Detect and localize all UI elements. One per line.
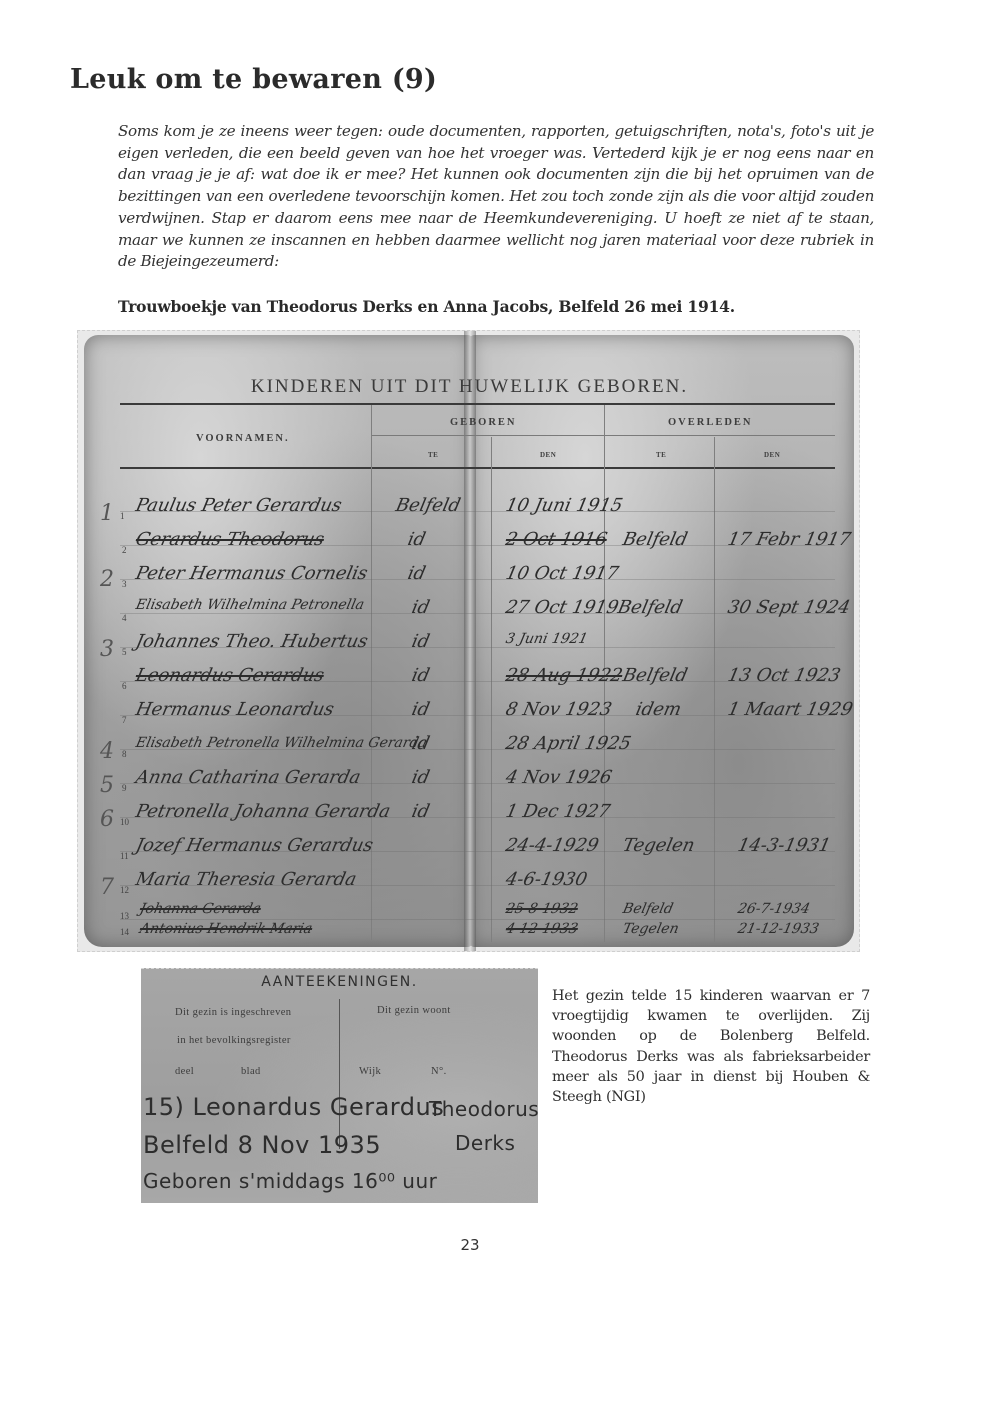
child-name: Petronella Johanna Gerarda <box>134 801 393 822</box>
death-date: 13 Oct 1923 <box>726 665 843 686</box>
handwritten-surname: Derks <box>455 1131 515 1155</box>
row-number: 10 <box>120 817 129 827</box>
death-date: 14-3-1931 <box>736 835 833 856</box>
handwritten-birth-time: Geboren s'middags 16⁰⁰ uur <box>143 1169 437 1193</box>
birth-date: 2 Oct 1916 <box>504 529 609 550</box>
row-number: 9 <box>122 783 127 793</box>
divider <box>339 999 340 1149</box>
row-number: 8 <box>122 749 127 759</box>
child-name: Peter Hermanus Cornelis <box>134 563 370 584</box>
child-name: Maria Theresia Gerarda <box>134 869 359 890</box>
photo-caption: Trouwboekje van Theodorus Derks en Anna … <box>118 297 735 316</box>
number-label: N°. <box>431 1066 447 1077</box>
wijk-label: Wijk <box>359 1066 381 1077</box>
blad-label: blad <box>241 1066 261 1077</box>
child-name: Elisabeth Wilhelmina Petronella <box>134 597 365 613</box>
death-date: 17 Febr 1917 <box>726 529 853 550</box>
divider <box>120 467 835 469</box>
row-number: 3 <box>122 579 127 589</box>
column-divider <box>371 405 372 940</box>
birth-date: 27 Oct 1919 <box>504 597 621 618</box>
child-name: Anna Catharina Gerarda <box>134 767 363 788</box>
margin-count: 3 <box>100 637 114 662</box>
margin-count: 7 <box>100 875 114 900</box>
child-name: Johanna Gerarda <box>138 901 262 917</box>
marriage-booklet-photo: KINDEREN UIT DIT HUWELIJK GEBOREN. VOORN… <box>77 330 860 952</box>
margin-count: 6 <box>100 807 114 832</box>
row-number: 2 <box>122 545 127 555</box>
row-number: 12 <box>120 885 129 895</box>
child-name: Paulus Peter Gerardus <box>134 495 344 516</box>
margin-count: 4 <box>100 739 114 764</box>
child-name: Leonardus Gerardus <box>134 665 326 686</box>
header-geboren: GEBOREN <box>450 417 517 428</box>
death-place: Belfeld <box>621 901 674 917</box>
birth-date: 8 Nov 1923 <box>504 699 614 720</box>
margin-count: 2 <box>100 567 114 592</box>
death-place: Belfeld <box>621 529 690 550</box>
row-number: 4 <box>122 613 127 623</box>
birth-date: 25-8-1932 <box>504 901 579 917</box>
header-den-born: DEN <box>540 451 556 459</box>
page-number: 23 <box>0 1236 940 1254</box>
handwritten-birth-date: Belfeld 8 Nov 1935 <box>143 1131 381 1159</box>
birth-date: 24-4-1929 <box>504 835 601 856</box>
death-date: 21-12-1933 <box>736 921 820 937</box>
intro-paragraph: Soms kom je ze ineens weer tegen: oude d… <box>118 121 874 273</box>
row-number: 1 <box>120 511 125 521</box>
birth-date: 28 April 1925 <box>504 733 633 754</box>
birth-date: 4-6-1930 <box>504 869 589 890</box>
death-date: 1 Maart 1929 <box>726 699 855 720</box>
birth-date: 10 Juni 1915 <box>504 495 625 516</box>
article-title: Leuk om te bewaren (9) <box>70 64 437 95</box>
death-date: 30 Sept 1924 <box>726 597 852 618</box>
handwritten-name: 15) Leonardus Gerardus <box>143 1093 444 1121</box>
birth-date: 1 Dec 1927 <box>504 801 612 822</box>
child-name: Hermanus Leonardus <box>134 699 336 720</box>
child-name: Jozef Hermanus Gerardus <box>134 835 375 856</box>
child-name: Johannes Theo. Hubertus <box>134 631 370 652</box>
margin-count: 1 <box>100 501 114 526</box>
birth-date: 4-12-1933 <box>504 921 579 937</box>
register-label: in het bevolkingsregister <box>177 1035 291 1046</box>
birth-date: 4 Nov 1926 <box>504 767 614 788</box>
margin-count: 5 <box>100 773 114 798</box>
annotations-photo: AANTEEKENINGEN. Dit gezin is ingeschreve… <box>141 968 538 1203</box>
row-number: 5 <box>122 647 127 657</box>
lives-label: Dit gezin woont <box>377 1005 451 1016</box>
death-place: idem <box>634 699 683 720</box>
header-te-born: TE <box>428 451 438 459</box>
header-den-died: DEN <box>764 451 780 459</box>
header-voornamen: VOORNAMEN. <box>196 433 290 444</box>
column-divider <box>714 437 715 942</box>
death-place: Belfeld <box>621 665 690 686</box>
death-place: Tegelen <box>621 835 697 856</box>
death-date: 26-7-1934 <box>736 901 811 917</box>
deel-label: deel <box>175 1066 194 1077</box>
registered-label: Dit gezin is ingeschreven <box>175 1007 291 1018</box>
column-divider <box>491 437 492 942</box>
birth-date: 3 Juni 1921 <box>504 631 589 647</box>
birth-place: Belfeld <box>394 495 463 516</box>
handwritten-name-cont: Theodorus <box>429 1097 538 1121</box>
row-number: 6 <box>122 681 127 691</box>
row-number: 14 <box>120 927 129 937</box>
child-name: Antonius Hendrik Maria <box>138 921 314 937</box>
header-te-died: TE <box>656 451 666 459</box>
annotations-heading: AANTEEKENINGEN. <box>141 974 538 990</box>
family-description: Het gezin telde 15 kinderen waarvan er 7… <box>552 986 870 1107</box>
row-number: 7 <box>122 715 127 725</box>
row-number: 11 <box>120 851 129 861</box>
birth-date: 28 Aug 1922 <box>504 665 625 686</box>
row-number: 13 <box>120 911 129 921</box>
divider <box>120 403 835 405</box>
child-name: Gerardus Theodorus <box>134 529 326 550</box>
booklet-heading: KINDEREN UIT DIT HUWELIJK GEBOREN. <box>78 376 861 398</box>
birth-date: 10 Oct 1917 <box>504 563 621 584</box>
death-place: Belfeld <box>616 597 685 618</box>
header-overleden: OVERLEDEN <box>668 417 753 428</box>
divider <box>371 435 835 436</box>
death-place: Tegelen <box>621 921 680 937</box>
child-name: Elisabeth Petronella Wilhelmina Gerarda <box>134 735 428 751</box>
